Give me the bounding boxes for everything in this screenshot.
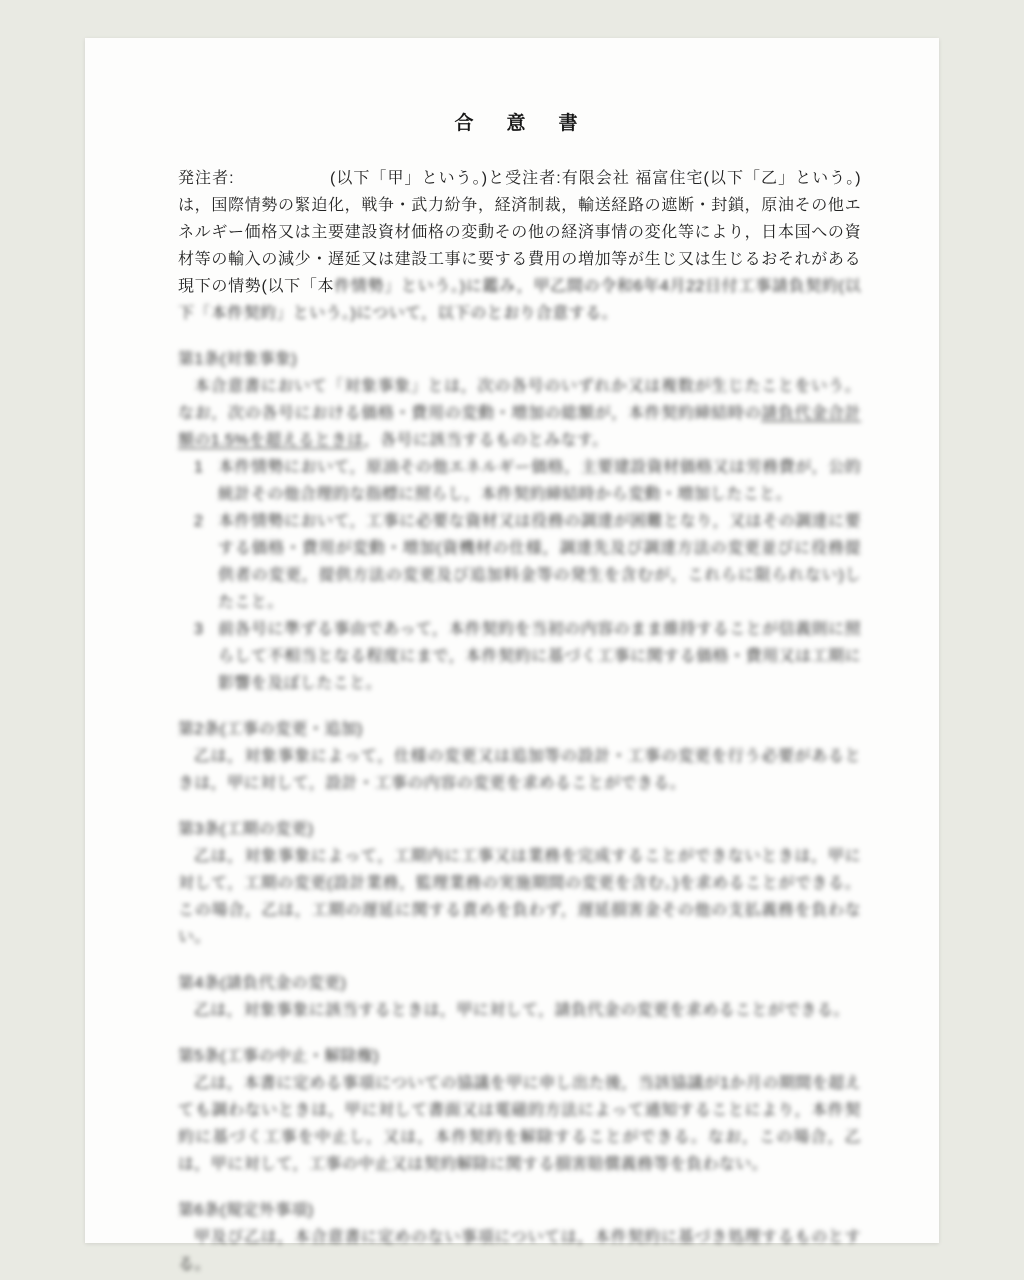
preamble-text-sharp: (以下「甲」という。)と受注者:有限会社 福富住宅(以下「乙」という。)は，国際…: [178, 170, 861, 295]
article-2: 第2条(工事の変更・追加) 乙は，対象事象によって，仕様の変更又は追加等の設計・…: [178, 716, 861, 797]
article-1-heading: 第1条(対象事象): [178, 346, 861, 373]
item-text: 本件情勢において，原油その他エネルギー価格，主要建設資材価格又は労務費が，公的統…: [218, 459, 861, 503]
preamble-paragraph: 発注者:(以下「甲」という。)と受注者:有限会社 福富住宅(以下「乙」という。)…: [178, 165, 861, 327]
article-1-body-post: ，各号に該当するものとみなす。: [364, 432, 609, 449]
article-2-heading: 第2条(工事の変更・追加): [178, 716, 861, 743]
article-6-heading: 第6条(規定外事項): [178, 1197, 861, 1224]
item-number: 2: [194, 508, 203, 535]
article-3-heading: 第3条(工期の変更): [178, 816, 861, 843]
desktop-background: 合 意 書 発注者:(以下「甲」という。)と受注者:有限会社 福富住宅(以下「乙…: [0, 0, 1024, 1280]
item-number: 3: [194, 616, 203, 643]
article-6: 第6条(規定外事項) 甲及び乙は，本合意書に定めのない事項については，本件契約に…: [178, 1197, 861, 1278]
article-5-body: 乙は，本書に定める事項についての協議を甲に申し出た後，当該協議が1か月の期間を超…: [178, 1070, 861, 1178]
article-1-body-pre: 本合意書において「対象事象」とは，次の各号のいずれか又は複数が生じたことをいう。…: [178, 378, 861, 422]
party-label: 発注者:: [178, 170, 234, 187]
article-4-body: 乙は，対象事象に該当するときは，甲に対して，請負代金の変更を求めることができる。: [178, 997, 861, 1024]
list-item: 1本件情勢において，原油その他エネルギー価格，主要建設資材価格又は労務費が，公的…: [178, 454, 861, 508]
article-2-body: 乙は，対象事象によって，仕様の変更又は追加等の設計・工事の変更を行う必要があると…: [178, 743, 861, 797]
document-page: 合 意 書 発注者:(以下「甲」という。)と受注者:有限会社 福富住宅(以下「乙…: [85, 38, 939, 1243]
article-4: 第4条(請負代金の変更) 乙は，対象事象に該当するときは，甲に対して，請負代金の…: [178, 970, 861, 1024]
list-item: 2本件情勢において，工事に必要な資材又は役務の調達が困難となり，又はその調達に要…: [178, 508, 861, 616]
item-text: 前各号に準ずる事由であって，本件契約を当初の内容のまま維持することが信義則に照ら…: [218, 621, 861, 692]
list-item: 3前各号に準ずる事由であって，本件契約を当初の内容のまま維持することが信義則に照…: [178, 616, 861, 697]
article-3-body: 乙は，対象事象によって，工期内に工事又は業務を完成することができないときは，甲に…: [178, 843, 861, 951]
article-5: 第5条(工事の中止・解除権) 乙は，本書に定める事項についての協議を甲に申し出た…: [178, 1043, 861, 1178]
article-5-heading: 第5条(工事の中止・解除権): [178, 1043, 861, 1070]
document-title: 合 意 書: [178, 110, 861, 137]
article-4-heading: 第4条(請負代金の変更): [178, 970, 861, 997]
article-6-body: 甲及び乙は，本合意書に定めのない事項については，本件契約に基づき処理するものとす…: [178, 1224, 861, 1278]
article-1-item-list: 1本件情勢において，原油その他エネルギー価格，主要建設資材価格又は労務費が，公的…: [178, 454, 861, 697]
redacted-client-name: [234, 182, 330, 183]
article-3: 第3条(工期の変更) 乙は，対象事象によって，工期内に工事又は業務を完成すること…: [178, 816, 861, 951]
article-1-body: 本合意書において「対象事象」とは，次の各号のいずれか又は複数が生じたことをいう。…: [178, 373, 861, 454]
article-1: 第1条(対象事象) 本合意書において「対象事象」とは，次の各号のいずれか又は複数…: [178, 346, 861, 697]
item-text: 本件情勢において，工事に必要な資材又は役務の調達が困難となり，又はその調達に要す…: [218, 513, 861, 611]
item-number: 1: [194, 454, 203, 481]
